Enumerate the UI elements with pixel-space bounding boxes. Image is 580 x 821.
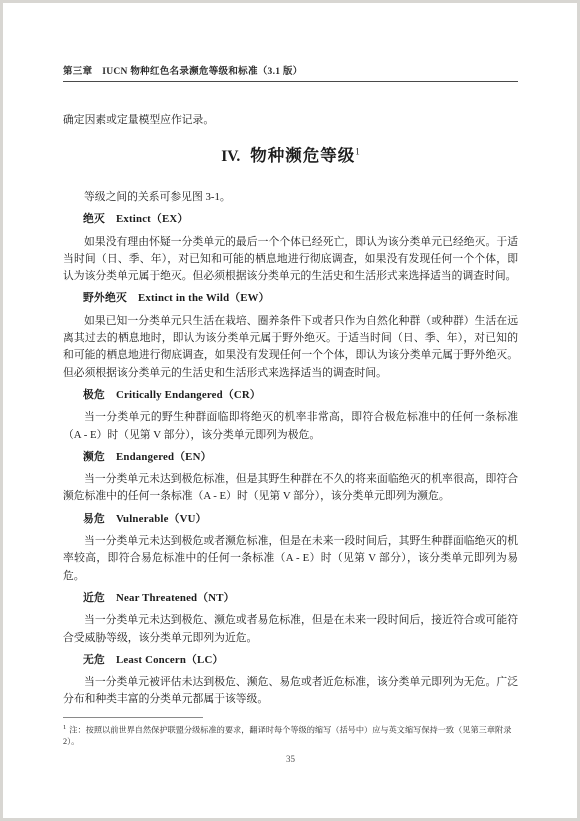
page-title-numeral: IV. (221, 148, 240, 165)
category-body-least-concern: 当一分类单元被评估未达到极危、濒危、易危或者近危标准，该分类单元即列为无危。广泛… (63, 674, 518, 709)
page-title: IV.物种濒危等级1 (63, 142, 518, 166)
category-heading-near-threatened: 近危 Near Threatened（NT） (63, 590, 518, 607)
body-content: 等级之间的关系可参见图 3-1。 绝灭 Extinct（EX） 如果没有理由怀疑… (63, 184, 518, 714)
running-header: 第三章 IUCN 物种红色名录濒危等级和标准（3.1 版） (63, 63, 518, 82)
category-heading-extinct-in-the-wild: 野外绝灭 Extinct in the Wild（EW） (63, 290, 518, 307)
category-body-extinct: 如果没有理由怀疑一分类单元的最后一个个体已经死亡，即认为该分类单元已经绝灭。于适… (63, 234, 518, 286)
page-number: 35 (63, 754, 518, 764)
page-title-text: 物种濒危等级 (250, 146, 355, 165)
lead-paragraph: 等级之间的关系可参见图 3-1。 (63, 189, 518, 206)
category-heading-critically-endangered: 极危 Critically Endangered（CR） (63, 387, 518, 404)
running-header-text: 第三章 IUCN 物种红色名录濒危等级和标准（3.1 版） (63, 67, 303, 77)
footnote-text: 1注：按照以前世界自然保护联盟分级标准的要求，翻译时每个等级的缩写（括号中）应与… (63, 722, 518, 747)
document-page: 第三章 IUCN 物种红色名录濒危等级和标准（3.1 版） 确定因素或定量模型应… (3, 3, 577, 818)
footnote-body: 注：按照以前世界自然保护联盟分级标准的要求，翻译时每个等级的缩写（括号中）应与英… (63, 726, 511, 746)
category-body-near-threatened: 当一分类单元未达到极危、濒危或者易危标准，但是在未来一段时间后，接近符合或可能符… (63, 612, 518, 647)
category-body-vulnerable: 当一分类单元未达到极危或者濒危标准，但是在未来一段时间后，其野生种群面临绝灭的机… (63, 533, 518, 585)
category-body-extinct-in-the-wild: 如果已知一分类单元只生活在栽培、圈养条件下或者只作为自然化种群（或种群）生活在远… (63, 313, 518, 382)
category-body-critically-endangered: 当一分类单元的野生种群面临即将绝灭的机率非常高，即符合极危标准中的任何一条标准（… (63, 409, 518, 444)
category-heading-least-concern: 无危 Least Concern（LC） (63, 652, 518, 669)
footnote-reference-mark: 1 (355, 147, 360, 157)
category-heading-endangered: 濒危 Endangered（EN） (63, 449, 518, 466)
footnote-ref-mark: 1 (63, 724, 66, 731)
footnote-divider (63, 717, 203, 718)
intro-paragraph: 确定因素或定量模型应作记录。 (63, 113, 518, 127)
category-heading-vulnerable: 易危 Vulnerable（VU） (63, 511, 518, 528)
category-heading-extinct: 绝灭 Extinct（EX） (63, 211, 518, 228)
footnote-area: 1注：按照以前世界自然保护联盟分级标准的要求，翻译时每个等级的缩写（括号中）应与… (63, 717, 518, 747)
category-body-endangered: 当一分类单元未达到极危标准，但是其野生种群在不久的将来面临绝灭的机率很高，即符合… (63, 471, 518, 506)
